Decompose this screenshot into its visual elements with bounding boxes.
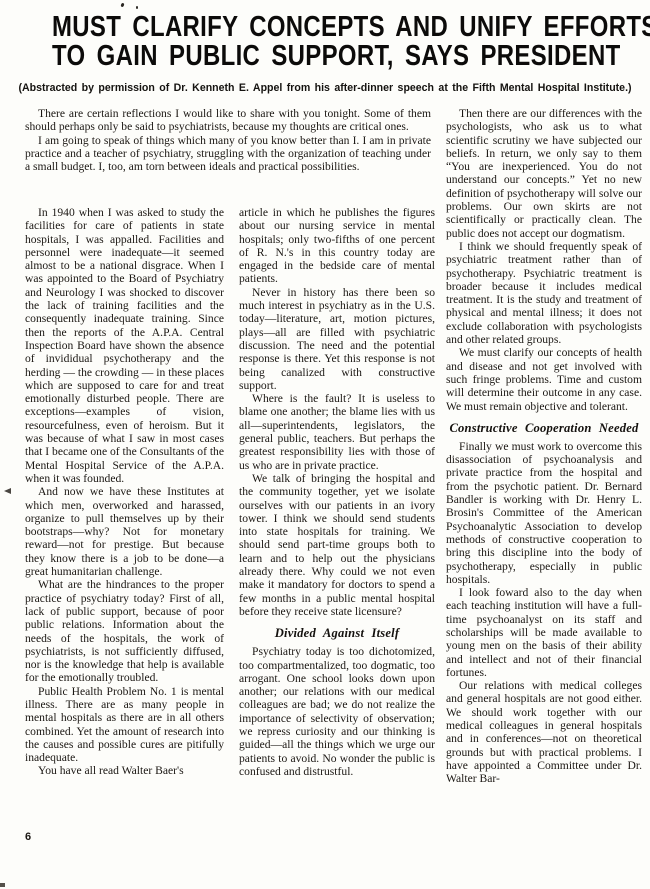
paragraph: You have all read Walter Baer's [25,764,224,777]
section-heading-divided-against-itself: Divided Against Itself [239,626,435,640]
article-title-line1: MUST CLARIFY CONCEPTS AND UNIFY EFFORTS [52,13,598,42]
page-number: 6 [25,831,31,843]
paragraph: I look foward also to the day when each … [446,586,642,679]
paragraph: There are certain reflections I would li… [25,107,431,134]
paragraph: Psychiatry today is too dichotomized, to… [239,645,435,778]
paragraph: Then there are our differences with the … [446,107,642,240]
margin-tick-mark [4,488,11,494]
article-title-line2: TO GAIN PUBLIC SUPPORT, SAYS PRESIDENT [52,42,598,71]
paragraph: And now we have these Institutes at whic… [25,485,224,578]
paragraph: Where is the fault? It is useless to bla… [239,392,435,472]
article-title: MUST CLARIFY CONCEPTS AND UNIFY EFFORTS … [0,13,650,71]
intro-block: There are certain reflections I would li… [25,107,431,173]
ink-speck [120,3,124,8]
paragraph: We talk of bringing the hospital and the… [239,472,435,618]
section-heading-constructive-cooperation: Constructive Cooperation Needed [446,421,642,435]
ink-speck [0,883,5,887]
column-3: Then there are our differences with the … [446,107,642,786]
paragraph: Finally we must work to overcome this di… [446,440,642,586]
paragraph: What are the hindrances to the proper pr… [25,578,224,684]
paragraph: Our relations with medical colleges and … [446,679,642,785]
paragraph: Never in history has there been so much … [239,286,435,392]
column-2: article in which he publishes the figure… [239,206,435,778]
paragraph: I think we should frequently speak of ps… [446,240,642,346]
ink-speck [136,6,138,9]
paragraph-continuation: article in which he publishes the figure… [239,206,435,286]
magazine-page: MUST CLARIFY CONCEPTS AND UNIFY EFFORTS … [0,0,650,889]
paragraph: Public Health Problem No. 1 is mental il… [25,685,224,765]
paragraph: We must clarify our concepts of health a… [446,346,642,412]
paragraph: In 1940 when I was asked to study the fa… [25,206,224,485]
column-1: In 1940 when I was asked to study the fa… [25,206,224,778]
paragraph: I am going to speak of things which many… [25,134,431,174]
article-byline: (Abstracted by permission of Dr. Kenneth… [7,82,644,94]
